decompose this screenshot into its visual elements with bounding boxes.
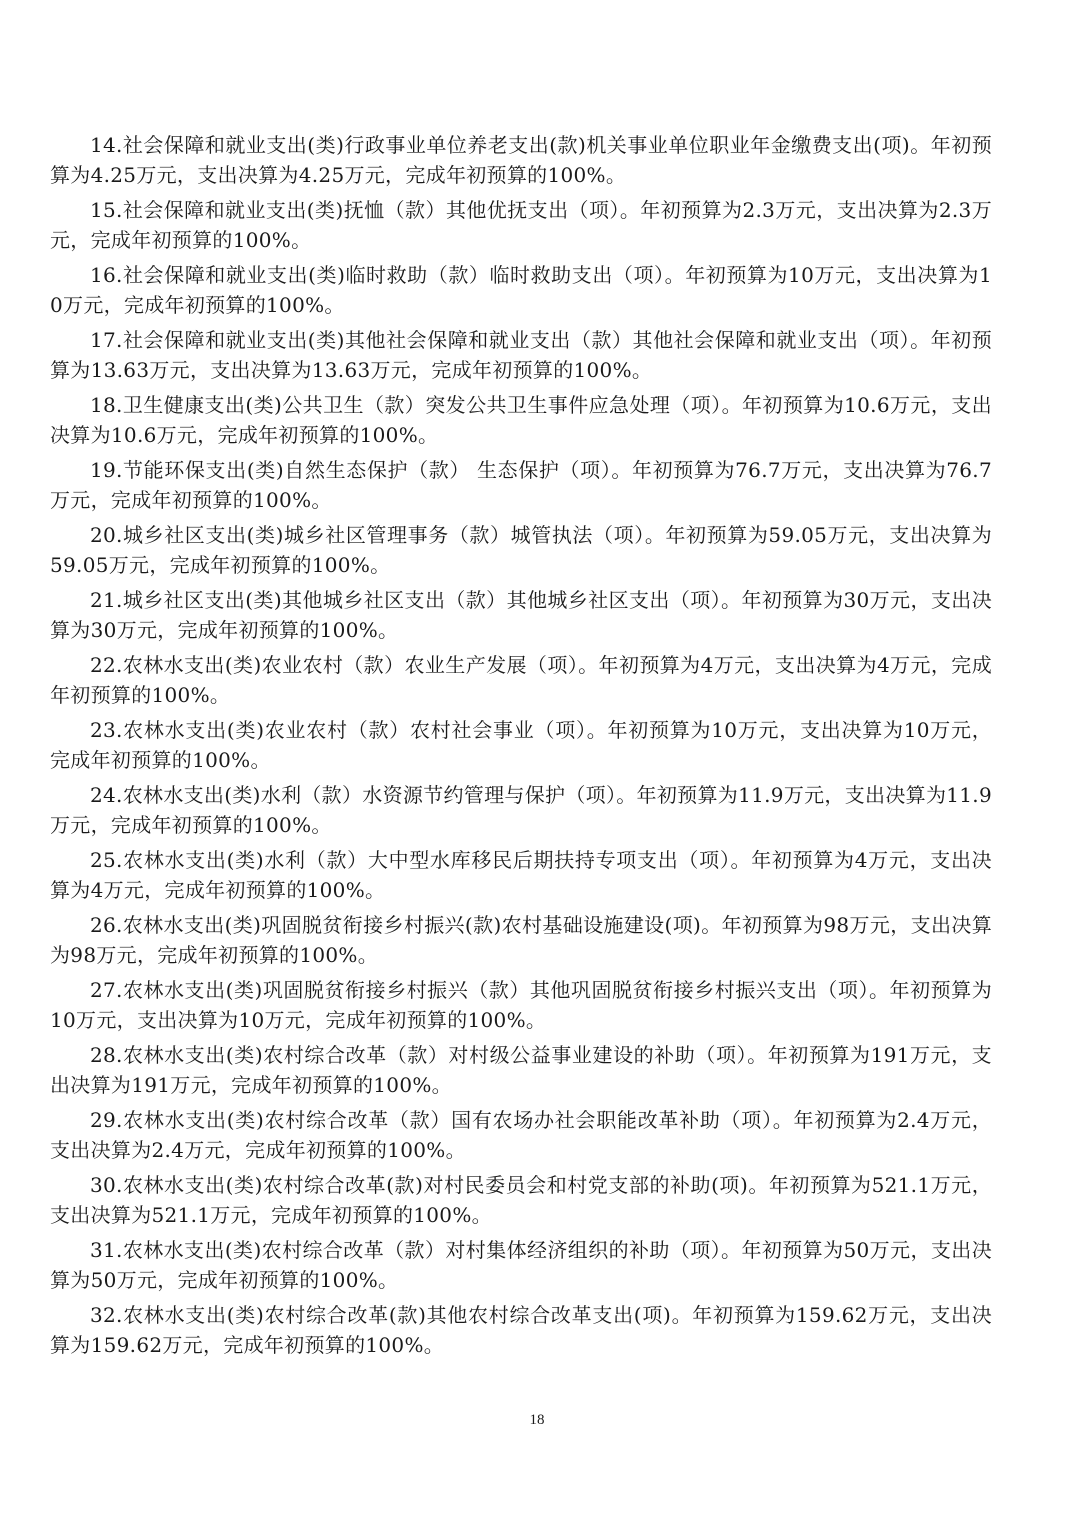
document-body: 14.社会保障和就业支出(类)行政事业单位养老支出(款)机关事业单位职业年金缴费… xyxy=(50,130,992,1365)
paragraph-item-27: 27.农林水支出(类)巩固脱贫衔接乡村振兴（款）其他巩固脱贫衔接乡村振兴支出（项… xyxy=(50,975,992,1035)
paragraph-item-24: 24.农林水支出(类)水利（款）水资源节约管理与保护（项）。年初预算为11.9万… xyxy=(50,780,992,840)
paragraph-item-21: 21.城乡社区支出(类)其他城乡社区支出（款）其他城乡社区支出（项）。年初预算为… xyxy=(50,585,992,645)
paragraph-item-29: 29.农林水支出(类)农村综合改革（款）国有农场办社会职能改革补助（项）。年初预… xyxy=(50,1105,992,1165)
page-number: 18 xyxy=(0,1412,1074,1429)
paragraph-item-20: 20.城乡社区支出(类)城乡社区管理事务（款）城管执法（项）。年初预算为59.0… xyxy=(50,520,992,580)
paragraph-item-30: 30.农林水支出(类)农村综合改革(款)对村民委员会和村党支部的补助(项)。年初… xyxy=(50,1170,992,1230)
paragraph-item-17: 17.社会保障和就业支出(类)其他社会保障和就业支出（款）其他社会保障和就业支出… xyxy=(50,325,992,385)
paragraph-item-19: 19.节能环保支出(类)自然生态保护（款） 生态保护（项）。年初预算为76.7万… xyxy=(50,455,992,515)
paragraph-item-26: 26.农林水支出(类)巩固脱贫衔接乡村振兴(款)农村基础设施建设(项)。年初预算… xyxy=(50,910,992,970)
paragraph-item-32: 32.农林水支出(类)农村综合改革(款)其他农村综合改革支出(项)。年初预算为1… xyxy=(50,1300,992,1360)
paragraph-item-31: 31.农林水支出(类)农村综合改革（款）对村集体经济组织的补助（项）。年初预算为… xyxy=(50,1235,992,1295)
paragraph-item-15: 15.社会保障和就业支出(类)抚恤（款）其他优抚支出（项）。年初预算为2.3万元… xyxy=(50,195,992,255)
paragraph-item-16: 16.社会保障和就业支出(类)临时救助（款）临时救助支出（项）。年初预算为10万… xyxy=(50,260,992,320)
paragraph-item-18: 18.卫生健康支出(类)公共卫生（款）突发公共卫生事件应急处理（项）。年初预算为… xyxy=(50,390,992,450)
paragraph-item-25: 25.农林水支出(类)水利（款）大中型水库移民后期扶持专项支出（项）。年初预算为… xyxy=(50,845,992,905)
paragraph-item-14: 14.社会保障和就业支出(类)行政事业单位养老支出(款)机关事业单位职业年金缴费… xyxy=(50,130,992,190)
paragraph-item-23: 23.农林水支出(类)农业农村（款）农村社会事业（项）。年初预算为10万元，支出… xyxy=(50,715,992,775)
paragraph-item-22: 22.农林水支出(类)农业农村（款）农业生产发展（项）。年初预算为4万元，支出决… xyxy=(50,650,992,710)
paragraph-item-28: 28.农林水支出(类)农村综合改革（款）对村级公益事业建设的补助（项）。年初预算… xyxy=(50,1040,992,1100)
